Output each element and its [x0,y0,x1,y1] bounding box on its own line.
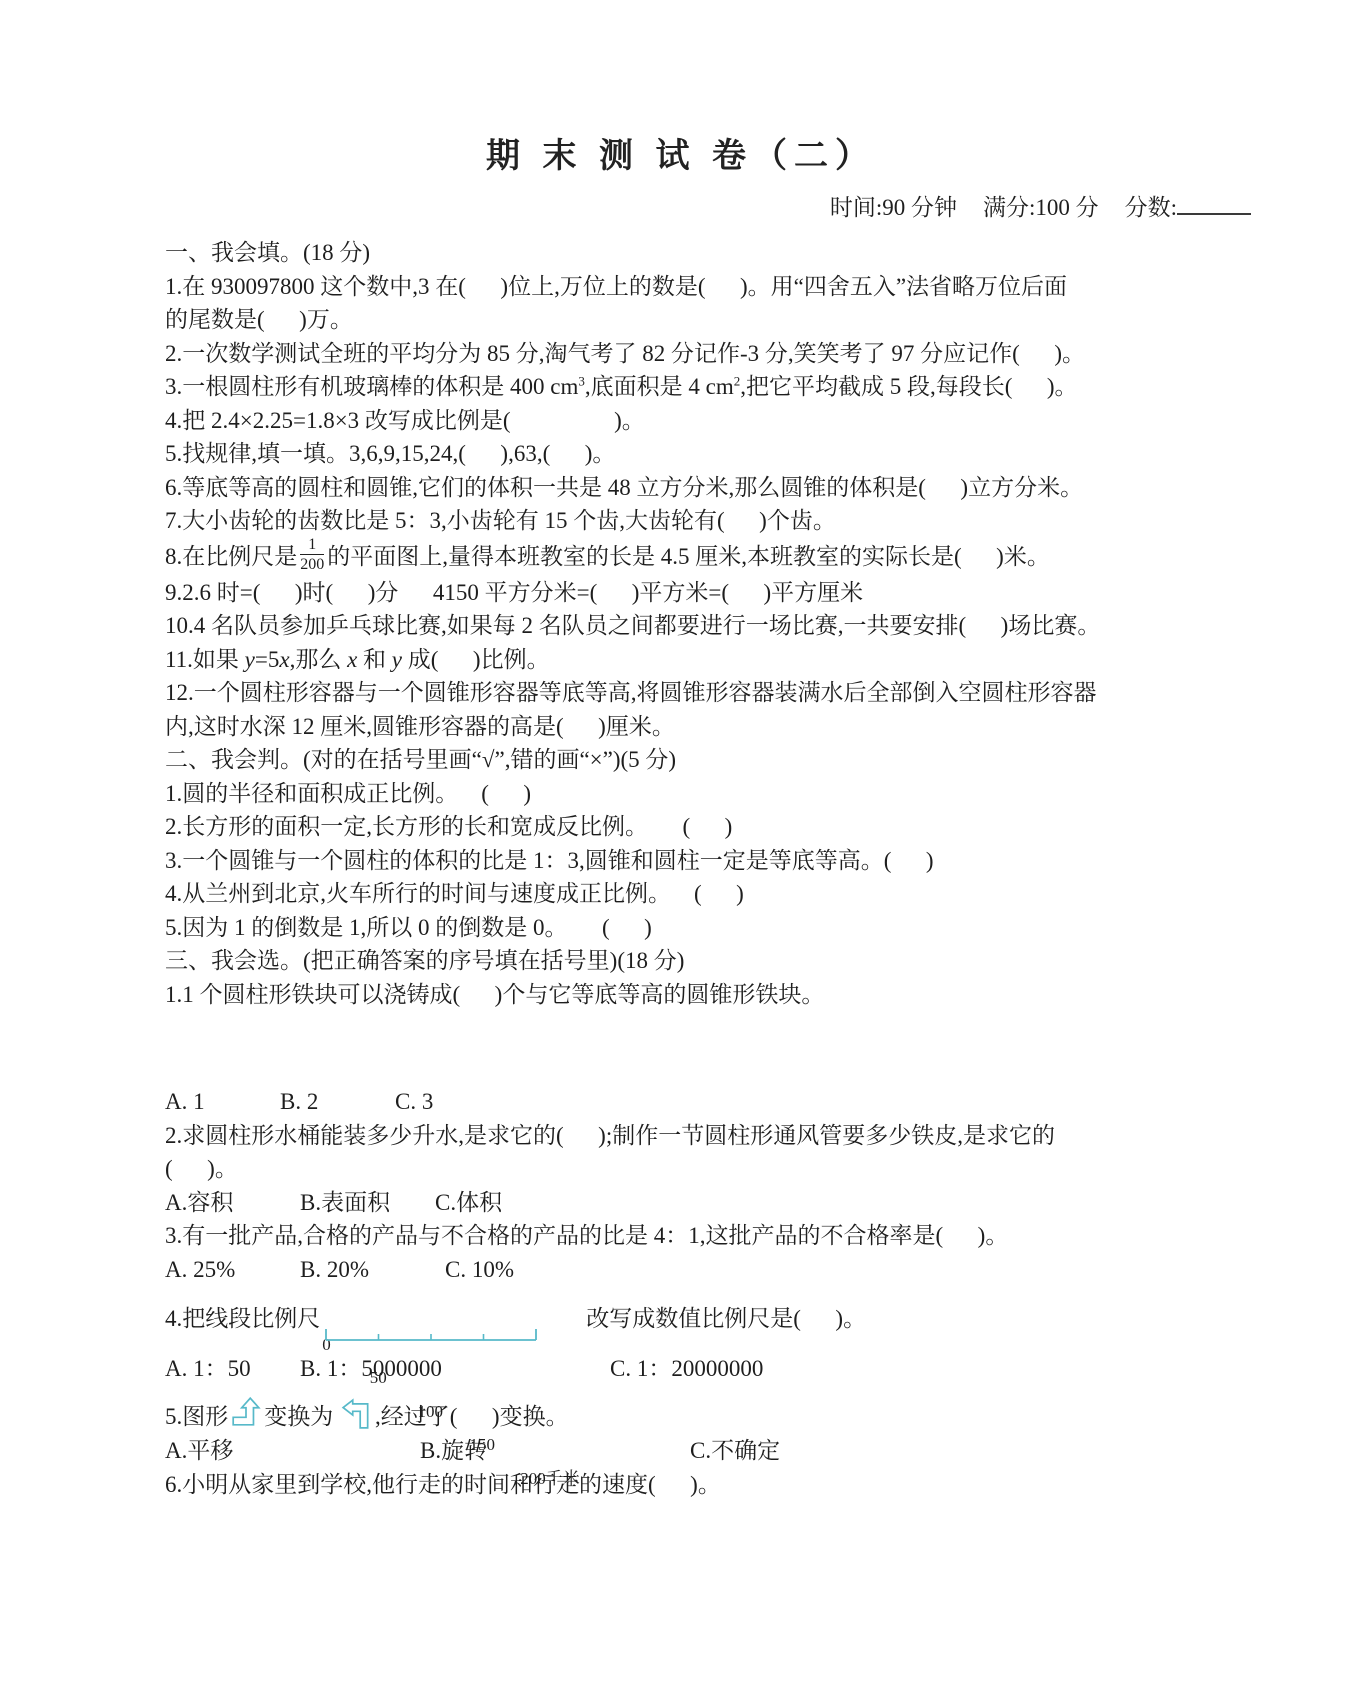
meta-score-label: 分数: [1125,195,1177,220]
fill-q2: 2.一次数学测试全班的平均分为 85 分,淘气考了 82 分记作-3 分,笑笑考… [165,337,1257,371]
fill-q11: 11.如果 y=5x,那么 x 和 y 成( )比例。 [165,643,1257,677]
choice-q3-options: A. 25%B. 20%C. 10% [165,1253,1257,1287]
option-a: A. 1 [165,1085,280,1119]
option-c: C. 10% [445,1253,514,1287]
score-blank-line [1177,191,1251,215]
meta-time: 时间:90 分钟 [830,195,957,220]
ruler-label-200km: 200千米 [520,1462,580,1496]
fill-q10: 10.4 名队员参加乒乓球比赛,如果每 2 名队员之间都要进行一场比赛,一共要安… [165,609,1257,643]
bent-arrow-up-icon [230,1396,262,1428]
choice-q3: 3.有一批产品,合格的产品与不合格的产品的比是 4：1,这批产品的不合格率是( … [165,1219,1257,1253]
fill-q6: 6.等底等高的圆柱和圆锥,它们的体积一共是 48 立方分米,那么圆锥的体积是( … [165,471,1257,505]
ruler-label-50: 50 [370,1361,387,1395]
meta-full-score: 满分:100 分 [983,195,1099,220]
segment-scale-ruler-icon: 0 50 100 150 200千米 [324,1294,582,1344]
option-a: A.容积 [165,1186,300,1220]
judge-q2: 2.长方形的面积一定,长方形的长和宽成反比例。 ( ) [165,810,1257,844]
page-title: 期 末 测 试 卷（二） [165,128,1197,177]
option-a: A. 25% [165,1253,300,1287]
judge-q5: 5.因为 1 的倒数是 1,所以 0 的倒数是 0。 ( ) [165,911,1257,945]
scale-fraction-1-200: 1200 [300,536,324,574]
section-judge-heading: 二、我会判。(对的在括号里画“√”,错的画“×”)(5 分) [165,743,1257,777]
section-choice-heading: 三、我会选。(把正确答案的序号填在括号里)(18 分) [165,944,1257,978]
choice-q2-options: A.容积B.表面积C.体积 [165,1186,1257,1220]
fill-q12-line1: 12.一个圆柱形容器与一个圆锥形容器等底等高,将圆锥形容器装满水后全部倒入空圆柱… [165,676,1257,710]
ruler-ticks-graphic [324,1326,540,1342]
fill-q1-line2: 的尾数是( )万。 [165,303,1257,337]
option-c: C.体积 [435,1186,502,1220]
choice-q1-options: A. 1B. 2C. 3 [165,1085,1257,1119]
option-b: B. 2 [280,1085,395,1119]
bent-arrow-left-icon [341,1398,373,1430]
fill-q1-line1: 1.在 930097800 这个数中,3 在( )位上,万位上的数是( )。用“… [165,270,1257,304]
option-a: A. 1：50 [165,1352,300,1386]
ruler-label-150: 150 [470,1428,496,1462]
fill-q5: 5.找规律,填一填。3,6,9,15,24,( ),63,( )。 [165,437,1257,471]
judge-q3: 3.一个圆锥与一个圆柱的体积的比是 1：3,圆锥和圆柱一定是等底等高。( ) [165,844,1257,878]
option-c: C.不确定 [690,1434,780,1468]
section-fill-heading: 一、我会填。(18 分) [165,236,1257,270]
fill-q8: 8.在比例尺是1200的平面图上,量得本班教室的长是 4.5 厘米,本班教室的实… [165,538,1257,576]
choice-q4: 4.把线段比例尺 0 50 100 150 200千米 改写成数值比例尺是( )… [165,1294,1257,1344]
judge-q1: 1.圆的半径和面积成正比例。 ( ) [165,777,1257,811]
paper-meta: 时间:90 分钟满分:100 分分数: [165,189,1251,222]
fill-q7: 7.大小齿轮的齿数比是 5：3,小齿轮有 15 个齿,大齿轮有( )个齿。 [165,504,1257,538]
ruler-label-100: 100 [418,1395,444,1429]
option-a: A.平移 [165,1434,420,1468]
option-b: B.表面积 [300,1186,435,1220]
choice-q2-line2: ( )。 [165,1152,1257,1186]
fill-q4: 4.把 2.4×2.25=1.8×3 改写成比例是( )。 [165,404,1257,438]
choice-q2-line1: 2.求圆柱形水桶能装多少升水,是求它的( );制作一节圆柱形通风管要多少铁皮,是… [165,1119,1257,1153]
option-c: C. 3 [395,1085,433,1119]
choice-q1: 1.1 个圆柱形铁块可以浇铸成( )个与它等底等高的圆锥形铁块。 [165,978,1257,1012]
fill-q12-line2: 内,这时水深 12 厘米,圆锥形容器的高是( )厘米。 [165,710,1257,744]
fill-q3: 3.一根圆柱形有机玻璃棒的体积是 400 cm3,底面积是 4 cm2,把它平均… [165,370,1257,404]
fill-q9: 9.2.6 时=( )时( )分 4150 平方分米=( )平方米=( )平方厘… [165,576,1257,610]
test-paper-page: 期 末 测 试 卷（二） 时间:90 分钟满分:100 分分数: 一、我会填。(… [0,0,1352,1501]
judge-q4: 4.从兰州到北京,火车所行的时间与速度成正比例。 ( ) [165,877,1257,911]
option-c: C. 1：20000000 [610,1352,763,1386]
option-b: B. 20% [300,1253,445,1287]
